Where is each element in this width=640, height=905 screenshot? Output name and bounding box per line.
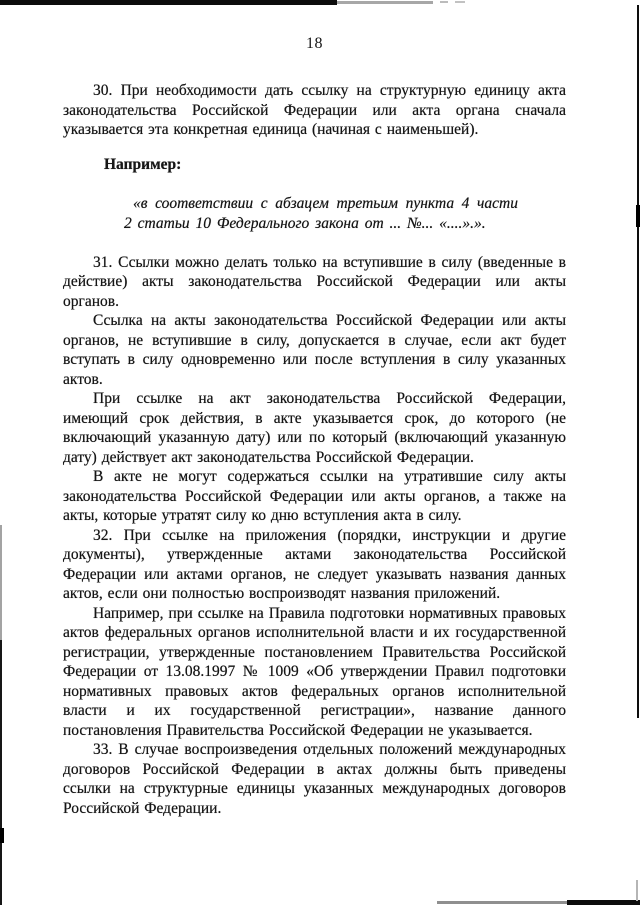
scan-artifact-right-edge-blob: [636, 205, 640, 227]
scanned-document-page: 18 30. При необходимости дать ссылку на …: [0, 0, 640, 905]
paragraph-30: 30. При необходимости дать ссылку на стр…: [63, 81, 566, 140]
example-quote: «в соответствии с абзацем третьим пункта…: [124, 194, 518, 235]
scan-artifact-left-edge-gray: [0, 525, 2, 640]
paragraph-31: 31. Ссылки можно делать только на вступи…: [63, 253, 566, 312]
page-number: 18: [63, 0, 566, 56]
paragraph-32: 32. При ссылке на приложения (порядки, и…: [63, 526, 566, 604]
example-heading: Например:: [104, 155, 566, 175]
paragraph-31-cont-2: При ссылке на акт законодательства Росси…: [63, 389, 566, 467]
paragraph-31-cont-1: Ссылка на акты законодательства Российск…: [63, 311, 566, 389]
paragraph-33: 33. В случае воспроизведения отдельных п…: [63, 740, 566, 818]
page-content: 18 30. При необходимости дать ссылку на …: [63, 0, 566, 818]
scan-artifact-left-edge-blob: [0, 828, 4, 843]
scan-artifact-bottom-edge-gray: [437, 901, 567, 904]
paragraph-31-cont-3: В акте не могут содержаться ссылки на ут…: [63, 467, 566, 526]
scan-artifact-right-edge: [637, 5, 639, 718]
scan-artifact-bottom-edge: [567, 900, 640, 905]
scan-artifact-left-edge: [0, 640, 2, 905]
scan-artifact-right-bottom-edge: [636, 880, 638, 901]
paragraph-32-example: Например, при ссылке на Правила подготов…: [63, 604, 566, 741]
